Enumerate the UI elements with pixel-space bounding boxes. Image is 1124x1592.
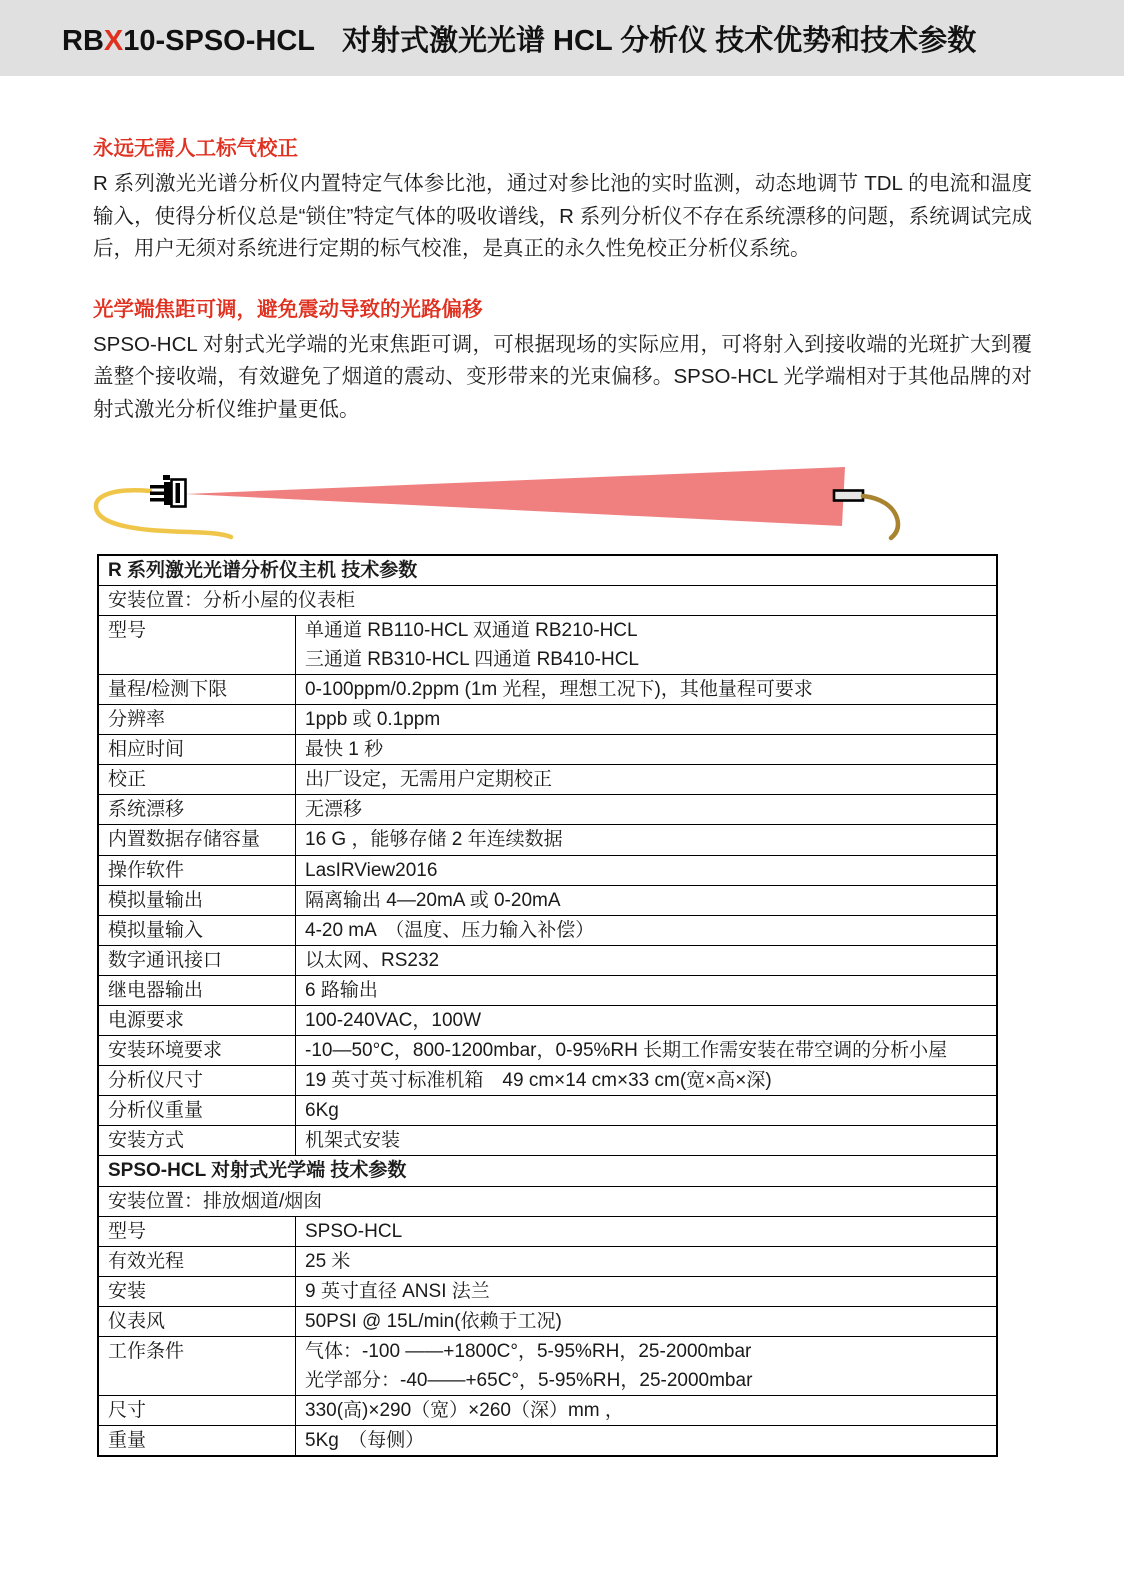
table-row: 分析仪尺寸19 英寸英寸标准机箱 49 cm×14 cm×33 cm(宽×高×深… — [99, 1066, 996, 1096]
title-model-suffix: 10-SPSO-HCL — [123, 25, 315, 57]
table-row: 分析仪重量6Kg — [99, 1096, 996, 1126]
table-row: 校正出厂设定，无需用户定期校正 — [99, 765, 996, 795]
row-value: 9 英寸直径 ANSI 法兰 — [296, 1277, 996, 1306]
laser-beam-shape — [185, 467, 845, 526]
section-calibration: 永远无需人工标气校正 R 系列激光光谱分析仪内置特定气体参比池，通过对参比池的实… — [93, 76, 1032, 266]
row-value: 6Kg — [296, 1096, 996, 1125]
row-value-line: 100-240VAC，100W — [305, 1006, 987, 1035]
table-row-full: 安装位置：排放烟道/烟囱 — [99, 1187, 996, 1217]
table-section-header: R 系列激光光谱分析仪主机 技术参数 — [99, 556, 996, 585]
row-value-line: 最快 1 秒 — [305, 735, 987, 764]
title-model-x: X — [104, 25, 123, 57]
row-value-line: 机架式安装 — [305, 1126, 987, 1155]
row-value-line: 25 米 — [305, 1247, 987, 1276]
row-value: 100-240VAC，100W — [296, 1006, 996, 1035]
table-row: 电源要求100-240VAC，100W — [99, 1006, 996, 1036]
table-row: 安装方式机架式安装 — [99, 1126, 996, 1156]
content: 永远无需人工标气校正 R 系列激光光谱分析仪内置特定气体参比池，通过对参比池的实… — [93, 76, 1032, 427]
row-value-line: SPSO-HCL — [305, 1217, 987, 1246]
row-label: 操作软件 — [99, 856, 296, 885]
table-row: 模拟量输出隔离输出 4—20mA 或 0-20mA — [99, 886, 996, 916]
row-value: 50PSI @ 15L/min(依赖于工况) — [296, 1307, 996, 1336]
row-value: 4-20 mA （温度、压力输入补偿） — [296, 916, 996, 945]
row-label: 数字通讯接口 — [99, 946, 296, 975]
row-value-line: 出厂设定，无需用户定期校正 — [305, 765, 987, 794]
row-value: 25 米 — [296, 1247, 996, 1276]
row-label: 模拟量输出 — [99, 886, 296, 915]
row-value-line: 三通道 RB310-HCL 四通道 RB410-HCL — [305, 645, 987, 674]
row-value: 机架式安装 — [296, 1126, 996, 1155]
transmitter-icon — [150, 475, 186, 507]
table-row: 内置数据存储容量16 G ，能够存储 2 年连续数据 — [99, 825, 996, 855]
table-row: 分辨率1ppb 或 0.1ppm — [99, 705, 996, 735]
table-full-cell: 安装位置：排放烟道/烟囱 — [99, 1187, 996, 1216]
row-value: 出厂设定，无需用户定期校正 — [296, 765, 996, 794]
row-value: 19 英寸英寸标准机箱 49 cm×14 cm×33 cm(宽×高×深) — [296, 1066, 996, 1095]
table-row: 模拟量输入4-20 mA （温度、压力输入补偿） — [99, 916, 996, 946]
row-label: 安装环境要求 — [99, 1036, 296, 1065]
table-row-section: R 系列激光光谱分析仪主机 技术参数 — [99, 556, 996, 586]
row-value-line: LasIRView2016 — [305, 856, 987, 885]
row-label: 安装方式 — [99, 1126, 296, 1155]
row-label: 继电器输出 — [99, 976, 296, 1005]
row-label: 模拟量输入 — [99, 916, 296, 945]
section-optics: 光学端焦距可调，避免震动导致的光路偏移 SPSO-HCL 对射式光学端的光束焦距… — [93, 266, 1032, 427]
row-value-line: -10—50°C，800-1200mbar，0-95%RH 长期工作需安装在带空… — [305, 1036, 987, 1065]
beam-diagram — [0, 443, 1124, 543]
table-row: 型号单通道 RB110-HCL 双通道 RB210-HCL三通道 RB310-H… — [99, 616, 996, 675]
row-label: 内置数据存储容量 — [99, 825, 296, 854]
row-value-line: 0-100ppm/0.2ppm (1m 光程，理想工况下)，其他量程可要求 — [305, 675, 987, 704]
table-row: 安装9 英寸直径 ANSI 法兰 — [99, 1277, 996, 1307]
table-row: 型号SPSO-HCL — [99, 1217, 996, 1247]
row-label: 校正 — [99, 765, 296, 794]
row-value: 单通道 RB110-HCL 双通道 RB210-HCL三通道 RB310-HCL… — [296, 616, 996, 674]
spec-table: R 系列激光光谱分析仪主机 技术参数安装位置：分析小屋的仪表柜型号单通道 RB1… — [97, 554, 998, 1458]
row-label: 有效光程 — [99, 1247, 296, 1276]
row-value-line: 以太网、RS232 — [305, 946, 987, 975]
row-value-line: 单通道 RB110-HCL 双通道 RB210-HCL — [305, 616, 987, 645]
row-label: 电源要求 — [99, 1006, 296, 1035]
beam-diagram-svg — [0, 443, 1124, 543]
row-value-line: 19 英寸英寸标准机箱 49 cm×14 cm×33 cm(宽×高×深) — [305, 1066, 987, 1095]
row-value-line: 4-20 mA （温度、压力输入补偿） — [305, 916, 987, 945]
table-row: 有效光程25 米 — [99, 1247, 996, 1277]
section-heading: 永远无需人工标气校正 — [93, 76, 1032, 159]
row-label: 分析仪重量 — [99, 1096, 296, 1125]
row-value: 6 路输出 — [296, 976, 996, 1005]
transmitter-cable — [96, 490, 231, 537]
row-label: 型号 — [99, 1217, 296, 1246]
row-value-line: 6 路输出 — [305, 976, 987, 1005]
row-value: 以太网、RS232 — [296, 946, 996, 975]
table-row: 工作条件气体：-100 ——+1800C°，5-95%RH，25-2000mba… — [99, 1337, 996, 1396]
title-cn: 对射式激光光谱 HCL 分析仪 技术优势和技术参数 — [342, 25, 976, 57]
row-value-line: 隔离输出 4—20mA 或 0-20mA — [305, 886, 987, 915]
row-value: 16 G ，能够存储 2 年连续数据 — [296, 825, 996, 854]
row-value-line: 1ppb 或 0.1ppm — [305, 705, 987, 734]
table-row-full: 安装位置：分析小屋的仪表柜 — [99, 586, 996, 616]
row-value: 0-100ppm/0.2ppm (1m 光程，理想工况下)，其他量程可要求 — [296, 675, 996, 704]
row-value: 330(高)×290（宽）×260（深）mm ， — [296, 1396, 996, 1425]
table-full-cell: 安装位置：分析小屋的仪表柜 — [99, 586, 996, 615]
table-row: 量程/检测下限0-100ppm/0.2ppm (1m 光程，理想工况下)，其他量… — [99, 675, 996, 705]
row-value: 1ppb 或 0.1ppm — [296, 705, 996, 734]
row-value-line: 气体：-100 ——+1800C°，5-95%RH，25-2000mbar — [305, 1337, 987, 1366]
row-value: -10—50°C，800-1200mbar，0-95%RH 长期工作需安装在带空… — [296, 1036, 996, 1065]
table-row: 继电器输出6 路输出 — [99, 976, 996, 1006]
row-value-line: 9 英寸直径 ANSI 法兰 — [305, 1277, 987, 1306]
page-header: RBX10-SPSO-HCL对射式激光光谱 HCL 分析仪 技术优势和技术参数 — [0, 0, 1124, 76]
row-value-line: 5Kg （每侧） — [305, 1426, 987, 1455]
row-label: 系统漂移 — [99, 795, 296, 824]
row-value: 气体：-100 ——+1800C°，5-95%RH，25-2000mbar光学部… — [296, 1337, 996, 1395]
section-heading: 光学端焦距可调，避免震动导致的光路偏移 — [93, 266, 1032, 320]
table-row: 操作软件LasIRView2016 — [99, 856, 996, 886]
row-value: 无漂移 — [296, 795, 996, 824]
row-label: 尺寸 — [99, 1396, 296, 1425]
row-value: 隔离输出 4—20mA 或 0-20mA — [296, 886, 996, 915]
title-model-prefix: RB — [62, 25, 104, 57]
row-label: 重量 — [99, 1426, 296, 1455]
row-label: 安装 — [99, 1277, 296, 1306]
page-title: RBX10-SPSO-HCL对射式激光光谱 HCL 分析仪 技术优势和技术参数 — [62, 18, 976, 59]
table-row: 系统漂移无漂移 — [99, 795, 996, 825]
row-label: 相应时间 — [99, 735, 296, 764]
table-row: 安装环境要求-10—50°C，800-1200mbar，0-95%RH 长期工作… — [99, 1036, 996, 1066]
table-row: 数字通讯接口以太网、RS232 — [99, 946, 996, 976]
row-value-line: 330(高)×290（宽）×260（深）mm ， — [305, 1396, 987, 1425]
row-value-line: 50PSI @ 15L/min(依赖于工况) — [305, 1307, 987, 1336]
row-value: 5Kg （每侧） — [296, 1426, 996, 1455]
row-value: SPSO-HCL — [296, 1217, 996, 1246]
receiver-icon — [834, 490, 863, 500]
row-label: 仪表风 — [99, 1307, 296, 1336]
row-label: 工作条件 — [99, 1337, 296, 1395]
table-row: 重量5Kg （每侧） — [99, 1426, 996, 1455]
table-row: 相应时间最快 1 秒 — [99, 735, 996, 765]
table-row-section: SPSO-HCL 对射式光学端 技术参数 — [99, 1156, 996, 1186]
row-value-line: 无漂移 — [305, 795, 987, 824]
row-label: 分辨率 — [99, 705, 296, 734]
row-value: 最快 1 秒 — [296, 735, 996, 764]
row-label: 量程/检测下限 — [99, 675, 296, 704]
table-row: 尺寸330(高)×290（宽）×260（深）mm ， — [99, 1396, 996, 1426]
row-label: 分析仪尺寸 — [99, 1066, 296, 1095]
receiver-cable — [863, 496, 898, 538]
section-body: SPSO-HCL 对射式光学端的光束焦距可调，可根据现场的实际应用，可将射入到接… — [93, 329, 1032, 427]
table-row: 仪表风50PSI @ 15L/min(依赖于工况) — [99, 1307, 996, 1337]
table-section-header: SPSO-HCL 对射式光学端 技术参数 — [99, 1156, 996, 1185]
row-value-line: 光学部分：-40——+65C°，5-95%RH，25-2000mbar — [305, 1366, 987, 1395]
row-value-line: 6Kg — [305, 1096, 987, 1125]
row-value: LasIRView2016 — [296, 856, 996, 885]
section-body: R 系列激光光谱分析仪内置特定气体参比池，通过对参比池的实时监测，动态地调节 T… — [93, 168, 1032, 266]
row-label: 型号 — [99, 616, 296, 674]
row-value-line: 16 G ，能够存储 2 年连续数据 — [305, 825, 987, 854]
